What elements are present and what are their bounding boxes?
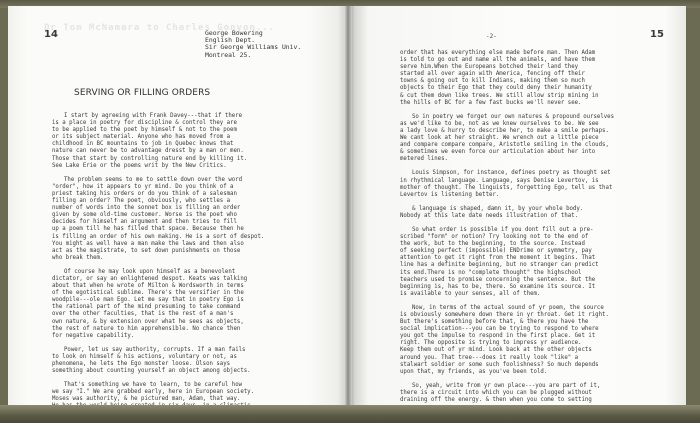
- text-line: So what order is possible if you dont fi…: [400, 227, 686, 234]
- paragraph: Now, in terms of the actual sound of yr …: [400, 305, 686, 376]
- text-line: you got the impulse to respond in the fi…: [400, 333, 686, 340]
- text-line: to be applied to the poet by himself & n…: [52, 127, 348, 134]
- text-line: Those that start by controlling nature e…: [52, 156, 348, 163]
- text-line: nature can never be to advantage dresst …: [52, 148, 348, 155]
- paragraph: order that has everything else made befo…: [400, 50, 686, 107]
- text-line: of the egotistical sublime. There's the …: [52, 290, 348, 297]
- text-line: See Lake Erie or the poems writ by the N…: [52, 163, 348, 170]
- text-line: Now, in terms of the actual sound of yr …: [400, 305, 686, 312]
- left-body-text: I start by agreeing with Frank Davey---t…: [52, 113, 348, 407]
- text-line: scribed "form" or notion? Try looking no…: [400, 234, 686, 241]
- text-line: as we'd like to be, not as we knew ourse…: [400, 121, 686, 128]
- left-page: Dr Tom McNamara to Charles Gonyon... 14 …: [8, 6, 348, 407]
- page-number-right: 15: [650, 29, 664, 40]
- text-line: to look on himself & his actions, volunt…: [52, 354, 348, 361]
- text-line: a lady love & hurry to describe her, to …: [400, 128, 686, 135]
- text-line: priest taking his orders or do you think…: [52, 191, 348, 198]
- paragraph: Power, let us say authority, corrupts. I…: [52, 347, 348, 375]
- paragraph: Louis Simpson, for instance, defines poe…: [400, 170, 686, 198]
- text-line: the hills of BC for a few fast bucks we'…: [400, 100, 686, 107]
- text-line: of seeking perfect (impossible) ENDrime …: [400, 248, 686, 255]
- text-line: Levertov is listening better.: [400, 192, 686, 199]
- text-line: But there's something before that, & the…: [400, 319, 686, 326]
- text-line: right. The opposite is trying to impress…: [400, 340, 686, 347]
- text-line: I start by agreeing with Frank Davey---t…: [52, 113, 348, 120]
- author-address: George Bowering English Dept. Sir George…: [205, 30, 301, 59]
- text-line: social implication---you can be trying t…: [400, 326, 686, 333]
- text-line: act as the magistrate, to set down punis…: [52, 248, 348, 255]
- text-line: mother of thought. The linguists, forget…: [400, 185, 686, 192]
- text-line: about that when he wrote of Milton & Wor…: [52, 283, 348, 290]
- typescript-page-marker: -2-: [486, 33, 497, 40]
- text-line: over the other faculties, that is the re…: [52, 311, 348, 318]
- text-line: in rhythmical language. Language, says D…: [400, 178, 686, 185]
- text-line: is told to go out and name all the anima…: [400, 57, 686, 64]
- paragraph: That's something we have to learn, to be…: [52, 382, 348, 407]
- text-line: stalwart soldier or some such foolishnes…: [400, 362, 686, 369]
- text-line: Louis Simpson, for instance, defines poe…: [400, 170, 686, 177]
- text-line: objects to their Ego that they could den…: [400, 85, 686, 92]
- text-line: line has a definite beginning, but no st…: [400, 262, 686, 269]
- paragraph: I start by agreeing with Frank Davey---t…: [52, 113, 348, 170]
- text-line: is obviously somewhere down there in yr …: [400, 312, 686, 319]
- text-line: filling an order? The poet, obviously, w…: [52, 198, 348, 205]
- text-line: metered lines.: [400, 156, 686, 163]
- text-line: Nobody at this late date needs illustrat…: [400, 213, 686, 220]
- text-line: We cant look at her straight. We wrench …: [400, 135, 686, 142]
- text-line: given by some old-time customer. Worse i…: [52, 212, 348, 219]
- text-line: decides for himself an argument and then…: [52, 219, 348, 226]
- text-line: serve him.When the Europeans botched the…: [400, 64, 686, 71]
- text-line: number of words into the sonnet box is f…: [52, 205, 348, 212]
- text-line: order that has everything else made befo…: [400, 50, 686, 57]
- text-line: its end.There is no "complete thought" t…: [400, 270, 686, 277]
- text-line: attention to get it right from the momen…: [400, 255, 686, 262]
- text-line: is available to your senses, all of them…: [400, 291, 686, 298]
- right-body-text: order that has everything else made befo…: [400, 50, 686, 407]
- text-line: phenomena, he lets the Ego monster loose…: [52, 361, 348, 368]
- paragraph: So, yeah, write from yr own place---you …: [400, 383, 686, 404]
- paragraph: So in poetry we forget our own natures &…: [400, 114, 686, 164]
- text-line: the rational part of the mind presuming …: [52, 304, 348, 311]
- text-line: "order", how it appears to yr mind. Do y…: [52, 184, 348, 191]
- text-line: we say "I." We are grabbed early, here i…: [52, 389, 348, 396]
- text-line: woodpile---ole man Ego. Let me say that …: [52, 297, 348, 304]
- text-line: who break them.: [52, 255, 348, 262]
- text-line: there is a circuit into which you can be…: [400, 390, 686, 397]
- address-line: Montreal 25.: [205, 52, 301, 59]
- text-line: or its subject material. Anyone who has …: [52, 134, 348, 141]
- paragraph: So what order is possible if you dont fi…: [400, 227, 686, 298]
- text-line: & sometimes we even force our articulati…: [400, 149, 686, 156]
- text-line: draining off the energy. & then when you…: [400, 397, 686, 404]
- text-line: So, yeah, write from yr own place---you …: [400, 383, 686, 390]
- text-line: towns & going out to kill Indians, makin…: [400, 78, 686, 85]
- text-line: upon that, my friends, as you've been to…: [400, 369, 686, 376]
- text-line: and compare compare compare, Aristotle s…: [400, 142, 686, 149]
- text-line: So in poetry we forget our own natures &…: [400, 114, 686, 121]
- text-line: You might as well have a man make the la…: [52, 241, 348, 248]
- text-line: is a place in poetry for discipline & co…: [52, 120, 348, 127]
- text-line: the rest of nature to him apprehensible.…: [52, 326, 348, 333]
- text-line: started all over again with America, fen…: [400, 71, 686, 78]
- text-line: teachers used to promise concerning the …: [400, 277, 686, 284]
- text-line: & cut them down like trees. We still all…: [400, 93, 686, 100]
- scanner-frame-bottom: [0, 405, 700, 423]
- text-line: Power, let us say authority, corrupts. I…: [52, 347, 348, 354]
- text-line: around you. That tree---does it really l…: [400, 355, 686, 362]
- text-line: something about counting yourself an obj…: [52, 368, 348, 375]
- text-line: Moses was authority, & he pictured man, …: [52, 396, 348, 403]
- book-gutter: [344, 6, 352, 407]
- text-line: beginning is, has to be, there. So exami…: [400, 284, 686, 291]
- text-line: own nature, & by extension over what he …: [52, 319, 348, 326]
- text-line: childhood in BC mountains to job in Queb…: [52, 141, 348, 148]
- text-line: is filling an order of his own making. H…: [52, 234, 348, 241]
- text-line: for negative capability.: [52, 333, 348, 340]
- text-line: Keep them out of yr mind. Look back at t…: [400, 347, 686, 354]
- paragraph: Of course he may look upon himself as a …: [52, 269, 348, 340]
- text-line: Of course he may look upon himself as a …: [52, 269, 348, 276]
- paragraph: & language is shaped, damn it, by your w…: [400, 206, 686, 220]
- text-line: the work, but to the beginning, to the s…: [400, 241, 686, 248]
- page-number-left: 14: [44, 29, 58, 40]
- text-line: dictator, or say an enlightened despot. …: [52, 276, 348, 283]
- text-line: The problem seems to me to settle down o…: [52, 177, 348, 184]
- paragraph: The problem seems to me to settle down o…: [52, 177, 348, 262]
- text-line: up a poem till he has filled that space.…: [52, 226, 348, 233]
- text-line: That's something we have to learn, to be…: [52, 382, 348, 389]
- text-line: & language is shaped, damn it, by your w…: [400, 206, 686, 213]
- right-page: -2- 15 order that has everything else ma…: [348, 6, 686, 407]
- essay-title: SERVING OR FILLING ORDERS: [74, 88, 210, 98]
